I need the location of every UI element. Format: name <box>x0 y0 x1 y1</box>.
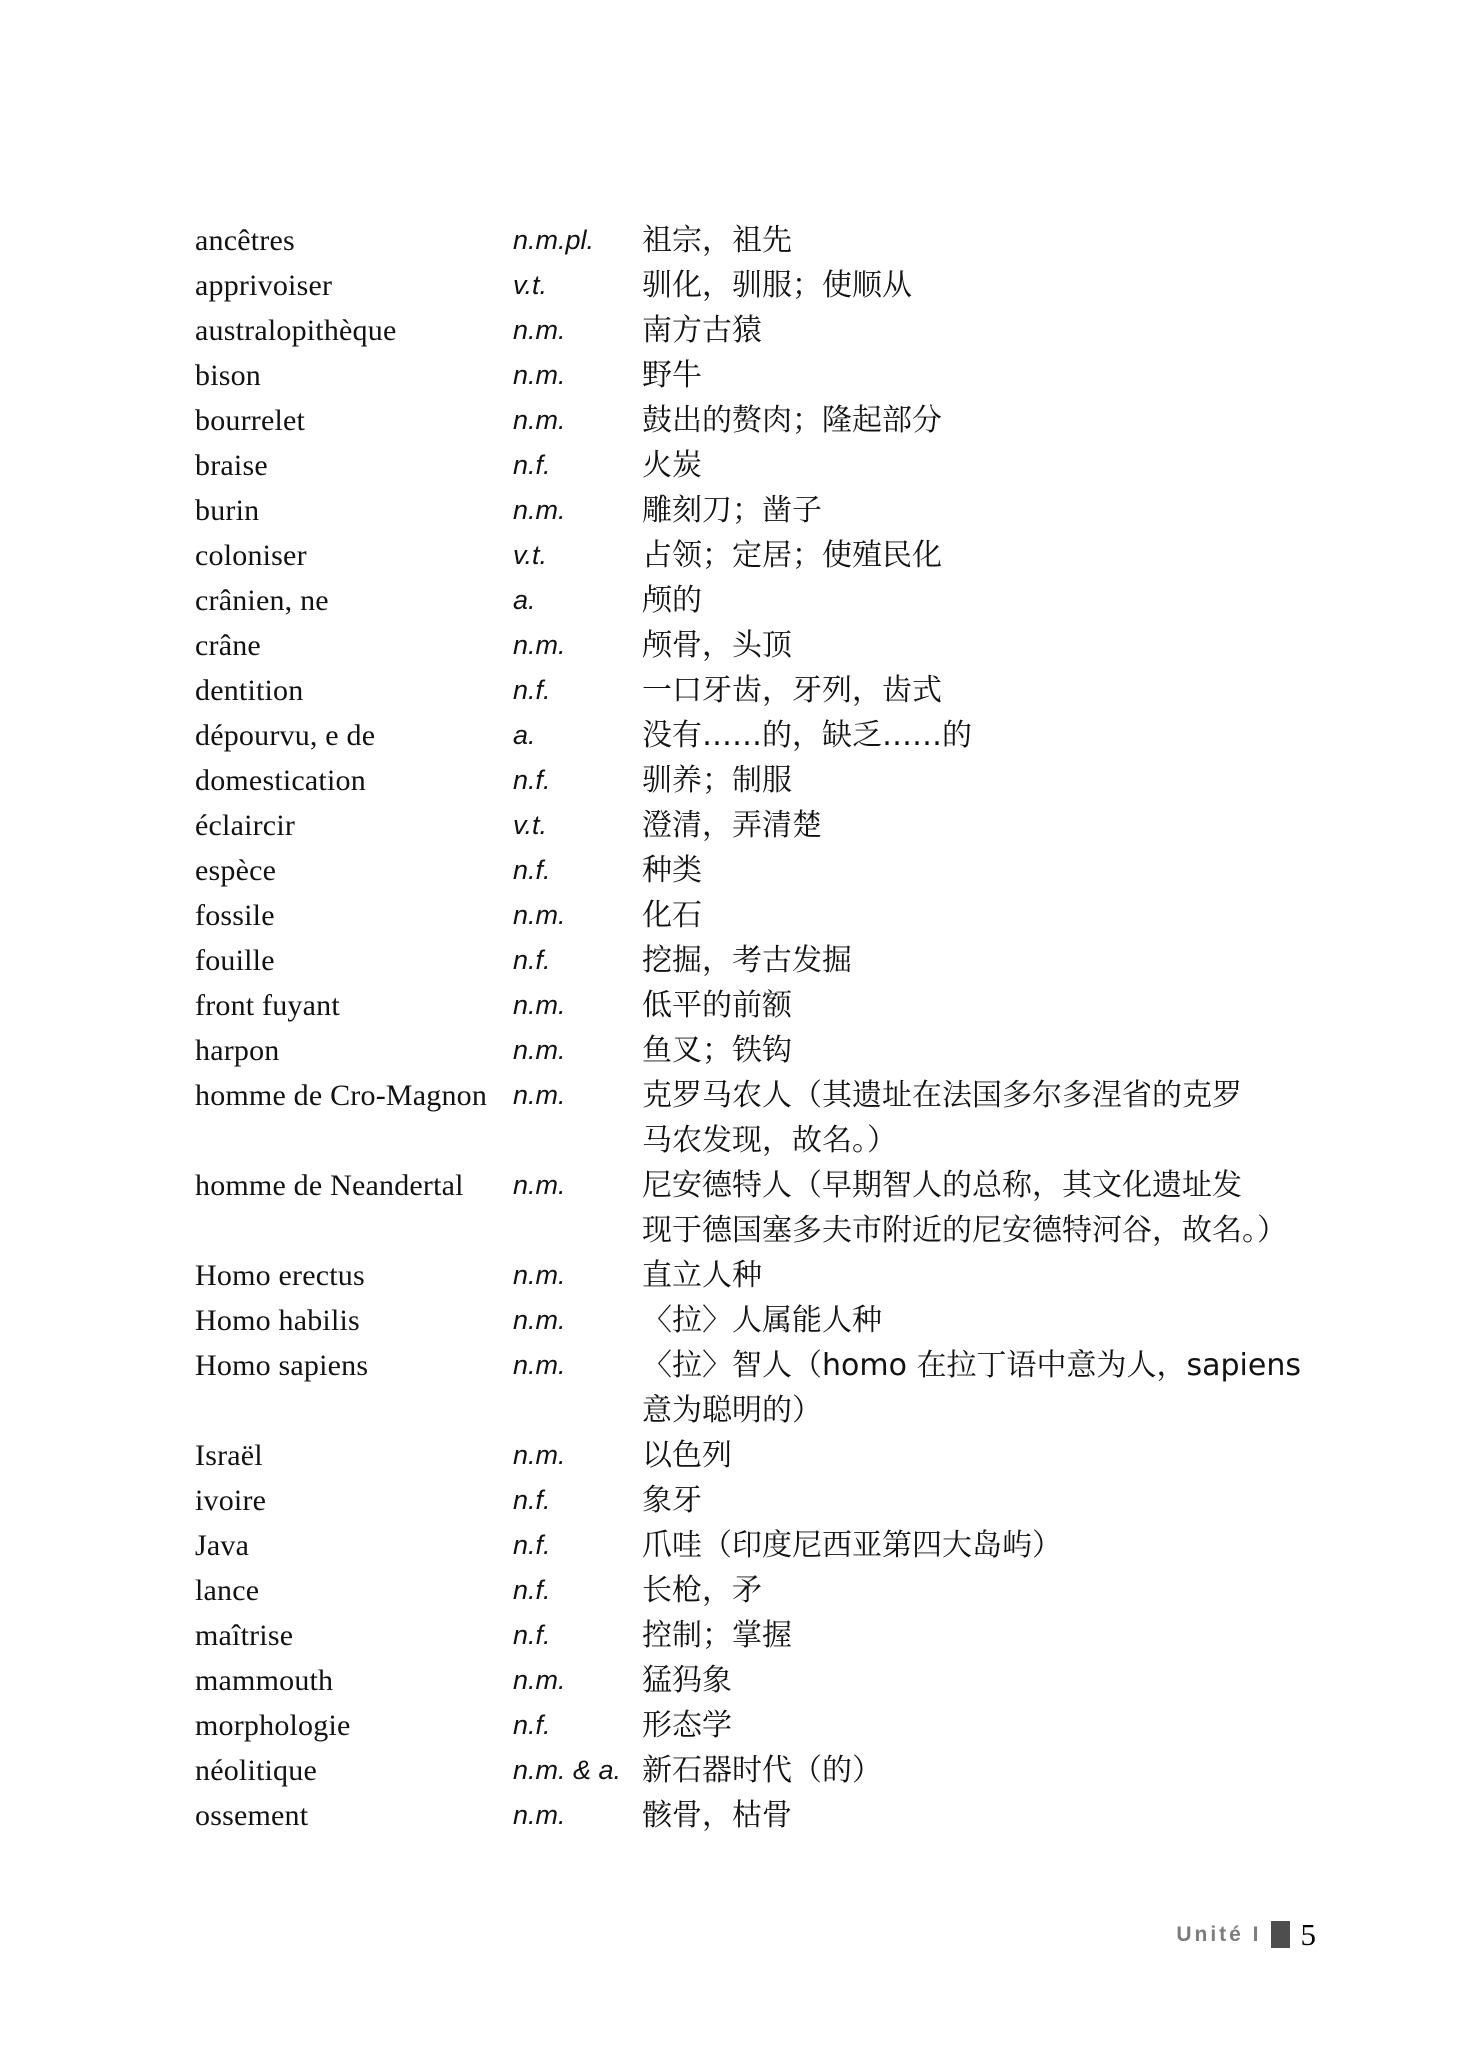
definition: 祖宗，祖先 <box>642 218 1317 263</box>
french-word: bourrelet <box>195 398 513 443</box>
part-of-speech: n.f. <box>513 1703 642 1748</box>
definition: 挖掘，考古发掘 <box>642 938 1317 983</box>
french-word: Homo sapiens <box>195 1343 513 1388</box>
french-word: fossile <box>195 893 513 938</box>
french-word: front fuyant <box>195 983 513 1028</box>
vocab-entry: ivoire n.f. 象牙 <box>195 1478 1317 1523</box>
part-of-speech: a. <box>513 713 642 758</box>
french-word: harpon <box>195 1028 513 1073</box>
definition-line: 种类 <box>642 848 1317 893</box>
vocab-entry: crâne n.m. 颅骨，头顶 <box>195 623 1317 668</box>
definition: 鼓出的赘肉；隆起部分 <box>642 398 1317 443</box>
vocab-entry: morphologie n.f. 形态学 <box>195 1703 1317 1748</box>
french-word: ivoire <box>195 1478 513 1523</box>
footer-square-marker <box>1271 1921 1290 1948</box>
french-word: coloniser <box>195 533 513 578</box>
definition: 驯化，驯服；使顺从 <box>642 263 1317 308</box>
definition: 尼安德特人（早期智人的总称，其文化遗址发现于德国塞多夫市附近的尼安德特河谷，故名… <box>642 1163 1317 1253</box>
part-of-speech: n.m. <box>513 1658 642 1703</box>
vocab-entry: mammouth n.m. 猛犸象 <box>195 1658 1317 1703</box>
definition: 澄清，弄清楚 <box>642 803 1317 848</box>
part-of-speech: n.m. <box>513 1433 642 1478</box>
definition-line: 野牛 <box>642 353 1317 398</box>
footer-page-number: 5 <box>1301 1917 1317 1953</box>
part-of-speech: n.m. & a. <box>513 1748 642 1793</box>
definition: 种类 <box>642 848 1317 893</box>
definition-line: 以色列 <box>642 1433 1317 1478</box>
definition: 新石器时代（的） <box>642 1748 1317 1793</box>
vocab-entry: australopithèque n.m. 南方古猿 <box>195 308 1317 353</box>
part-of-speech: n.m. <box>513 353 642 398</box>
part-of-speech: n.m. <box>513 1343 642 1388</box>
definition-line: 象牙 <box>642 1478 1317 1523</box>
part-of-speech: n.m. <box>513 623 642 668</box>
part-of-speech: n.m. <box>513 1253 642 1298</box>
definition: 颅的 <box>642 578 1317 623</box>
page-footer: Unité I 5 <box>1176 1912 1316 1957</box>
part-of-speech: n.m. <box>513 893 642 938</box>
definition: 占领；定居；使殖民化 <box>642 533 1317 578</box>
vocab-entry: dépourvu, e de a. 没有……的，缺乏……的 <box>195 713 1317 758</box>
definition-line: 一口牙齿，牙列，齿式 <box>642 668 1317 713</box>
definition: 形态学 <box>642 1703 1317 1748</box>
vocab-entry: lance n.f. 长枪，矛 <box>195 1568 1317 1613</box>
part-of-speech: n.m. <box>513 1073 642 1118</box>
vocab-entry: Homo sapiens n.m. 〈拉〉智人（homo 在拉丁语中意为人，sa… <box>195 1343 1317 1433</box>
definition: 驯养；制服 <box>642 758 1317 803</box>
definition-line: 〈拉〉人属能人种 <box>642 1298 1317 1343</box>
vocab-entry: fossile n.m. 化石 <box>195 893 1317 938</box>
definition-line: 低平的前额 <box>642 983 1317 1028</box>
definition: 象牙 <box>642 1478 1317 1523</box>
french-word: espèce <box>195 848 513 893</box>
part-of-speech: n.m. <box>513 1298 642 1343</box>
vocab-entry: ancêtres n.m.pl. 祖宗，祖先 <box>195 218 1317 263</box>
definition-line: 骸骨，枯骨 <box>642 1793 1317 1838</box>
definition-line: 鼓出的赘肉；隆起部分 <box>642 398 1317 443</box>
french-word: braise <box>195 443 513 488</box>
definition: 〈拉〉智人（homo 在拉丁语中意为人，sapiens意为聪明的） <box>642 1343 1317 1433</box>
french-word: dentition <box>195 668 513 713</box>
french-word: Java <box>195 1523 513 1568</box>
definition: 骸骨，枯骨 <box>642 1793 1317 1838</box>
vocab-entry: Homo erectus n.m. 直立人种 <box>195 1253 1317 1298</box>
vocab-entry: néolitique n.m. & a. 新石器时代（的） <box>195 1748 1317 1793</box>
footer-unit-label: Unité I <box>1176 1923 1261 1947</box>
french-word: éclaircir <box>195 803 513 848</box>
part-of-speech: n.f. <box>513 848 642 893</box>
french-word: lance <box>195 1568 513 1613</box>
definition-line: 长枪，矛 <box>642 1568 1317 1613</box>
vocab-entry: éclaircir v.t. 澄清，弄清楚 <box>195 803 1317 848</box>
definition-line: 澄清，弄清楚 <box>642 803 1317 848</box>
definition-line: 控制；掌握 <box>642 1613 1317 1658</box>
definition: 低平的前额 <box>642 983 1317 1028</box>
definition: 火炭 <box>642 443 1317 488</box>
definition: 〈拉〉人属能人种 <box>642 1298 1317 1343</box>
definition: 猛犸象 <box>642 1658 1317 1703</box>
book-page: ancêtres n.m.pl. 祖宗，祖先 apprivoiser v.t. … <box>0 0 1457 2048</box>
french-word: morphologie <box>195 1703 513 1748</box>
definition-line: 南方古猿 <box>642 308 1317 353</box>
vocab-entry: homme de Neandertal n.m. 尼安德特人（早期智人的总称，其… <box>195 1163 1317 1253</box>
definition: 控制；掌握 <box>642 1613 1317 1658</box>
vocab-entry: Java n.f. 爪哇（印度尼西亚第四大岛屿） <box>195 1523 1317 1568</box>
definition-line: 克罗马农人（其遗址在法国多尔多涅省的克罗 <box>642 1073 1317 1118</box>
vocab-entry: braise n.f. 火炭 <box>195 443 1317 488</box>
definition-line: 驯化，驯服；使顺从 <box>642 263 1317 308</box>
definition-line: 颅骨，头顶 <box>642 623 1317 668</box>
vocab-entry: coloniser v.t. 占领；定居；使殖民化 <box>195 533 1317 578</box>
vocab-entry: fouille n.f. 挖掘，考古发掘 <box>195 938 1317 983</box>
part-of-speech: n.f. <box>513 1613 642 1658</box>
french-word: domestication <box>195 758 513 803</box>
part-of-speech: n.m. <box>513 1793 642 1838</box>
french-word: Israël <box>195 1433 513 1478</box>
part-of-speech: v.t. <box>513 263 642 308</box>
french-word: néolitique <box>195 1748 513 1793</box>
french-word: homme de Cro-Magnon <box>195 1073 513 1118</box>
definition-line: 猛犸象 <box>642 1658 1317 1703</box>
definition-line: 化石 <box>642 893 1317 938</box>
vocab-entry: bourrelet n.m. 鼓出的赘肉；隆起部分 <box>195 398 1317 443</box>
vocab-list: ancêtres n.m.pl. 祖宗，祖先 apprivoiser v.t. … <box>195 218 1317 1838</box>
definition: 鱼叉；铁钩 <box>642 1028 1317 1073</box>
part-of-speech: v.t. <box>513 533 642 578</box>
definition-line: 现于德国塞多夫市附近的尼安德特河谷，故名。） <box>642 1208 1317 1253</box>
french-word: Homo habilis <box>195 1298 513 1343</box>
french-word: fouille <box>195 938 513 983</box>
definition-line: 〈拉〉智人（homo 在拉丁语中意为人，sapiens <box>642 1343 1317 1388</box>
vocab-entry: apprivoiser v.t. 驯化，驯服；使顺从 <box>195 263 1317 308</box>
part-of-speech: n.f. <box>513 938 642 983</box>
french-word: mammouth <box>195 1658 513 1703</box>
definition: 化石 <box>642 893 1317 938</box>
definition-line: 雕刻刀；凿子 <box>642 488 1317 533</box>
definition-line: 祖宗，祖先 <box>642 218 1317 263</box>
part-of-speech: n.m. <box>513 488 642 533</box>
part-of-speech: n.f. <box>513 1523 642 1568</box>
part-of-speech: n.f. <box>513 668 642 713</box>
definition: 野牛 <box>642 353 1317 398</box>
definition-line: 形态学 <box>642 1703 1317 1748</box>
vocab-entry: homme de Cro-Magnon n.m. 克罗马农人（其遗址在法国多尔多… <box>195 1073 1317 1163</box>
french-word: homme de Neandertal <box>195 1163 513 1208</box>
vocab-entry: burin n.m. 雕刻刀；凿子 <box>195 488 1317 533</box>
definition: 南方古猿 <box>642 308 1317 353</box>
definition-line: 挖掘，考古发掘 <box>642 938 1317 983</box>
definition-line: 意为聪明的） <box>642 1388 1317 1433</box>
definition: 长枪，矛 <box>642 1568 1317 1613</box>
part-of-speech: n.f. <box>513 443 642 488</box>
definition-line: 没有……的，缺乏……的 <box>642 713 1317 758</box>
definition-line: 颅的 <box>642 578 1317 623</box>
definition-line: 直立人种 <box>642 1253 1317 1298</box>
french-word: bison <box>195 353 513 398</box>
french-word: maîtrise <box>195 1613 513 1658</box>
definition: 雕刻刀；凿子 <box>642 488 1317 533</box>
vocab-entry: domestication n.f. 驯养；制服 <box>195 758 1317 803</box>
french-word: australopithèque <box>195 308 513 353</box>
vocab-entry: harpon n.m. 鱼叉；铁钩 <box>195 1028 1317 1073</box>
part-of-speech: n.m. <box>513 308 642 353</box>
part-of-speech: v.t. <box>513 803 642 848</box>
part-of-speech: a. <box>513 578 642 623</box>
definition: 以色列 <box>642 1433 1317 1478</box>
definition-line: 尼安德特人（早期智人的总称，其文化遗址发 <box>642 1163 1317 1208</box>
definition: 直立人种 <box>642 1253 1317 1298</box>
definition: 没有……的，缺乏……的 <box>642 713 1317 758</box>
part-of-speech: n.m. <box>513 1163 642 1208</box>
vocab-entry: espèce n.f. 种类 <box>195 848 1317 893</box>
vocab-entry: crânien, ne a. 颅的 <box>195 578 1317 623</box>
part-of-speech: n.m. <box>513 983 642 1028</box>
part-of-speech: n.f. <box>513 1478 642 1523</box>
part-of-speech: n.m.pl. <box>513 218 642 263</box>
vocab-entry: front fuyant n.m. 低平的前额 <box>195 983 1317 1028</box>
definition: 克罗马农人（其遗址在法国多尔多涅省的克罗马农发现，故名。） <box>642 1073 1317 1163</box>
definition: 颅骨，头顶 <box>642 623 1317 668</box>
definition-line: 马农发现，故名。） <box>642 1118 1317 1163</box>
definition: 爪哇（印度尼西亚第四大岛屿） <box>642 1523 1317 1568</box>
vocab-entry: maîtrise n.f. 控制；掌握 <box>195 1613 1317 1658</box>
definition-line: 鱼叉；铁钩 <box>642 1028 1317 1073</box>
vocab-entry: Homo habilis n.m. 〈拉〉人属能人种 <box>195 1298 1317 1343</box>
definition-line: 占领；定居；使殖民化 <box>642 533 1317 578</box>
definition-line: 爪哇（印度尼西亚第四大岛屿） <box>642 1523 1317 1568</box>
part-of-speech: n.f. <box>513 1568 642 1613</box>
vocab-entry: ossement n.m. 骸骨，枯骨 <box>195 1793 1317 1838</box>
vocab-entry: Israël n.m. 以色列 <box>195 1433 1317 1478</box>
french-word: ancêtres <box>195 218 513 263</box>
part-of-speech: n.m. <box>513 398 642 443</box>
definition-line: 火炭 <box>642 443 1317 488</box>
part-of-speech: n.m. <box>513 1028 642 1073</box>
definition-line: 新石器时代（的） <box>642 1748 1317 1793</box>
definition: 一口牙齿，牙列，齿式 <box>642 668 1317 713</box>
french-word: apprivoiser <box>195 263 513 308</box>
french-word: crânien, ne <box>195 578 513 623</box>
french-word: burin <box>195 488 513 533</box>
french-word: Homo erectus <box>195 1253 513 1298</box>
french-word: dépourvu, e de <box>195 713 513 758</box>
vocab-entry: bison n.m. 野牛 <box>195 353 1317 398</box>
vocab-entry: dentition n.f. 一口牙齿，牙列，齿式 <box>195 668 1317 713</box>
part-of-speech: n.f. <box>513 758 642 803</box>
definition-line: 驯养；制服 <box>642 758 1317 803</box>
french-word: crâne <box>195 623 513 668</box>
french-word: ossement <box>195 1793 513 1838</box>
